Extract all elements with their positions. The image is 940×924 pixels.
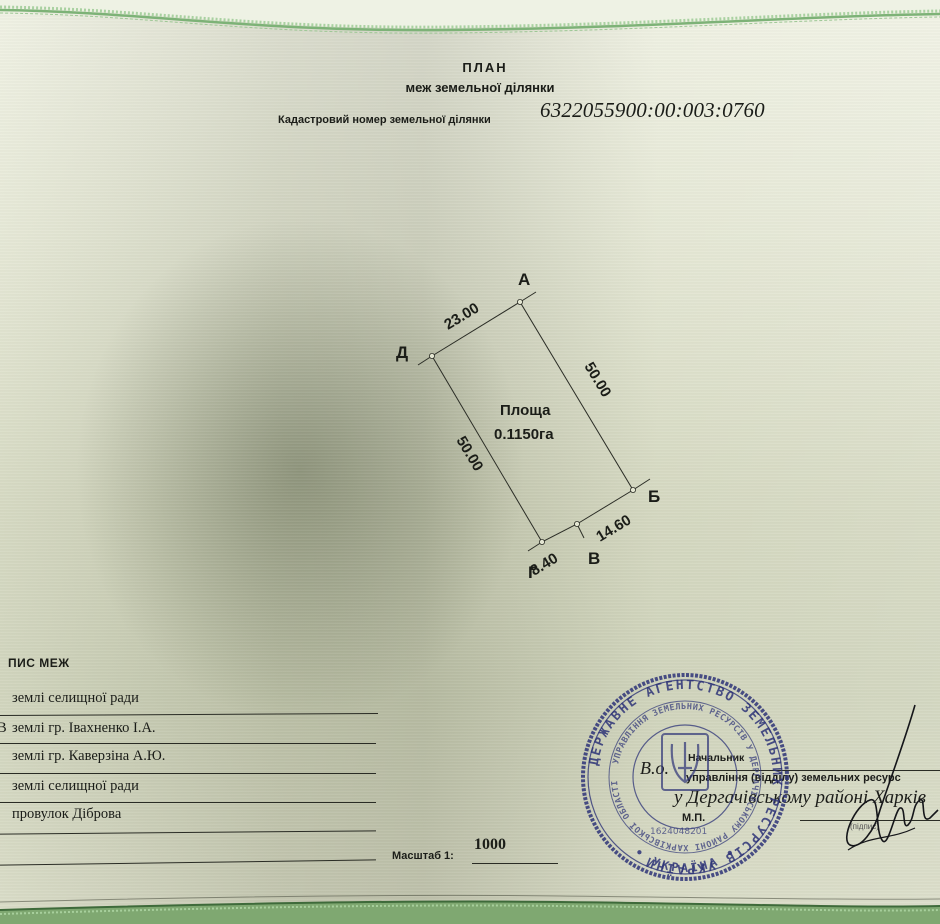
official-stamp: ДЕРЖАВНЕ АГЕНТСТВО ЗЕМЕЛЬНИХ РЕСУРСІВ УК… — [580, 672, 790, 882]
stamp-registration-code: 1624048201 — [650, 827, 707, 837]
vertex-label-v: В — [588, 549, 600, 568]
boundary-code: В — [0, 720, 9, 737]
segment-length-da: 23.00 — [441, 300, 482, 334]
boundary-text: землі гр. Івахненко І.А. — [12, 720, 156, 737]
vertex-marker-b — [630, 487, 635, 492]
boundary-text: землі селищної ради — [12, 778, 139, 795]
scale-value: 1000 — [474, 836, 506, 854]
vertex-marker-d — [429, 353, 434, 358]
boundary-text: провулок Діброва — [12, 806, 121, 823]
boundary-code: ; — [0, 690, 9, 707]
segment-length-ab: 50.00 — [581, 359, 615, 400]
vertex-label-a: А — [518, 270, 530, 289]
boundary-rule — [0, 802, 376, 803]
boundary-rule — [0, 773, 376, 774]
vertex-label-d: Д — [396, 343, 408, 362]
trident-emblem-icon — [662, 734, 708, 790]
segment-length-bv: 14.60 — [593, 512, 634, 546]
boundary-rule — [0, 743, 376, 744]
vertex-marker-g — [539, 539, 544, 544]
segment-length-vg: 8.40 — [527, 550, 561, 580]
vertex-marker-a — [517, 299, 522, 304]
vertex-marker-v — [574, 521, 579, 526]
boundaries-title: пис меж — [8, 656, 70, 670]
vertex-label-b: Б — [648, 487, 660, 506]
handwritten-signature — [820, 700, 940, 860]
area-value: 0.1150га — [494, 426, 554, 443]
boundary-text: землі селищної ради — [12, 690, 139, 707]
plot-plan-drawing: А Б В Г Д 23.00 50.00 14.60 8.40 50.00 П… — [0, 0, 940, 924]
area-label: Площа — [500, 402, 551, 419]
scale-label: Масштаб 1: — [392, 850, 454, 862]
scale-rule — [472, 863, 558, 864]
plot-boundary — [432, 302, 633, 542]
boundary-text: землі гр. Каверзіна А.Ю. — [12, 748, 165, 765]
